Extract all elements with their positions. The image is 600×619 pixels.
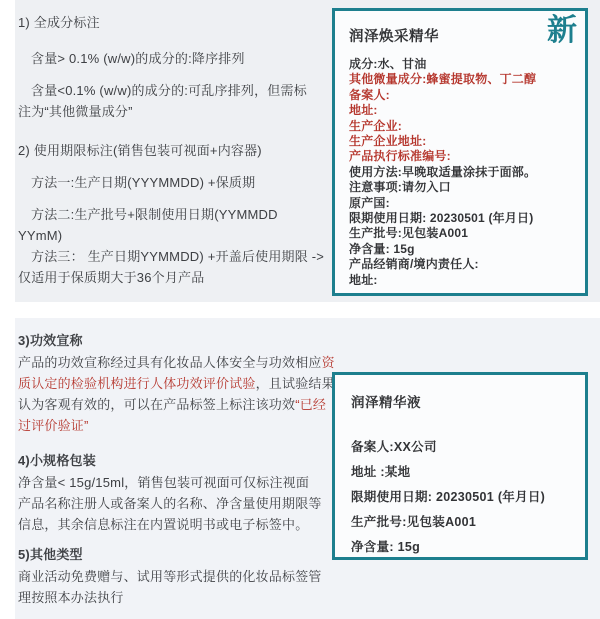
label-line: 限期使用日期: 20230501 (年月日) (349, 211, 577, 226)
label-lines-2: 备案人:XX公司 地址 :某地 限期使用日期: 20230501 (年月日) 生… (351, 435, 577, 560)
label-line: 地址 :某地 (351, 460, 577, 485)
small-package-label-example-box: 润泽精华液 备案人:XX公司 地址 :某地 限期使用日期: 20230501 (… (332, 372, 588, 560)
section-5-title: 5)其他类型 (18, 544, 336, 565)
label-line: 净含量: 15g (349, 242, 577, 257)
section-4-paragraph: 净含量< 15g/15ml，销售包装可视面可仅标注视面 产品名称注册人或备案人的… (18, 472, 336, 535)
label-line: 生产批号:见包装A001 (349, 226, 577, 241)
product-name-2: 润泽精华液 (351, 391, 421, 411)
label-line: 地址: (349, 103, 577, 118)
label-line: 备案人:XX公司 (351, 435, 577, 460)
label-line: 地址: (349, 273, 577, 288)
section-2-method-1: 方法一:生产日期(YYYMMDD) +保质期 (18, 172, 336, 193)
new-badge: 新 (547, 13, 577, 49)
label-line: 生产批号:见包装A001 (351, 510, 577, 535)
new-label-example-box: 润泽焕采精华 新 成分:水、甘油 其他微量成分:蜂蜜提取物、丁二醇 备案人: 地… (332, 8, 588, 296)
label-line: 使用方法:早晚取适量涂抹于面部。 (349, 165, 577, 180)
label-lines-1: 成分:水、甘油 其他微量成分:蜂蜜提取物、丁二醇 备案人: 地址: 生产企业: … (349, 57, 577, 288)
product-name-1: 润泽焕采精华 (349, 25, 439, 46)
section-3-title: 3)功效宣称 (18, 330, 336, 351)
label-line: 限期使用日期: 20230501 (年月日) (351, 485, 577, 510)
section-1-rule-2: 含量<0.1% (w/w)的成分的:可乱序排列，但需标 注为“其他微量成分” (18, 80, 336, 122)
label-line: 其他微量成分:蜂蜜提取物、丁二醇 (349, 72, 577, 87)
section-3-text-1: 产品的功效宣称经过具有化妆品人体安全与功效相应 (18, 355, 322, 370)
label-line: 备案人: (349, 88, 577, 103)
section-2-title: 2) 使用期限标注(销售包装可视面+内容器) (18, 140, 336, 161)
label-line: 产品经销商/境内责任人: (349, 257, 577, 272)
label-line: 原产国: (349, 196, 577, 211)
section-2-method-3: 方法三： 生产日期YYMMDD) +开盖后使用期限 -> 仅适用于保质期大于36… (18, 246, 336, 288)
section-1-title: 1) 全成分标注 (18, 12, 336, 33)
section-3-paragraph: 产品的功效宣称经过具有化妆品人体安全与功效相应资质认定的检验机构进行人体功效评价… (18, 352, 336, 436)
section-1-rule-1: 含量> 0.1% (w/w)的成分的:降序排列 (18, 48, 336, 69)
section-4-title: 4)小规格包装 (18, 450, 336, 471)
label-line: 注意事项:请勿入口 (349, 180, 577, 195)
label-line: 生产企业: (349, 119, 577, 134)
label-line: 生产企业地址: (349, 134, 577, 149)
label-line: 成分:水、甘油 (349, 57, 577, 72)
section-2-method-2: 方法二:生产批号+限制使用日期(YYMMDD YYmM) (18, 204, 336, 246)
section-5-paragraph: 商业活动免费赠与、试用等形式提供的化妆品标签管 理按照本办法执行 (18, 566, 336, 608)
label-line: 产品执行标准编号: (349, 149, 577, 164)
label-line: 净含量: 15g (351, 535, 577, 560)
